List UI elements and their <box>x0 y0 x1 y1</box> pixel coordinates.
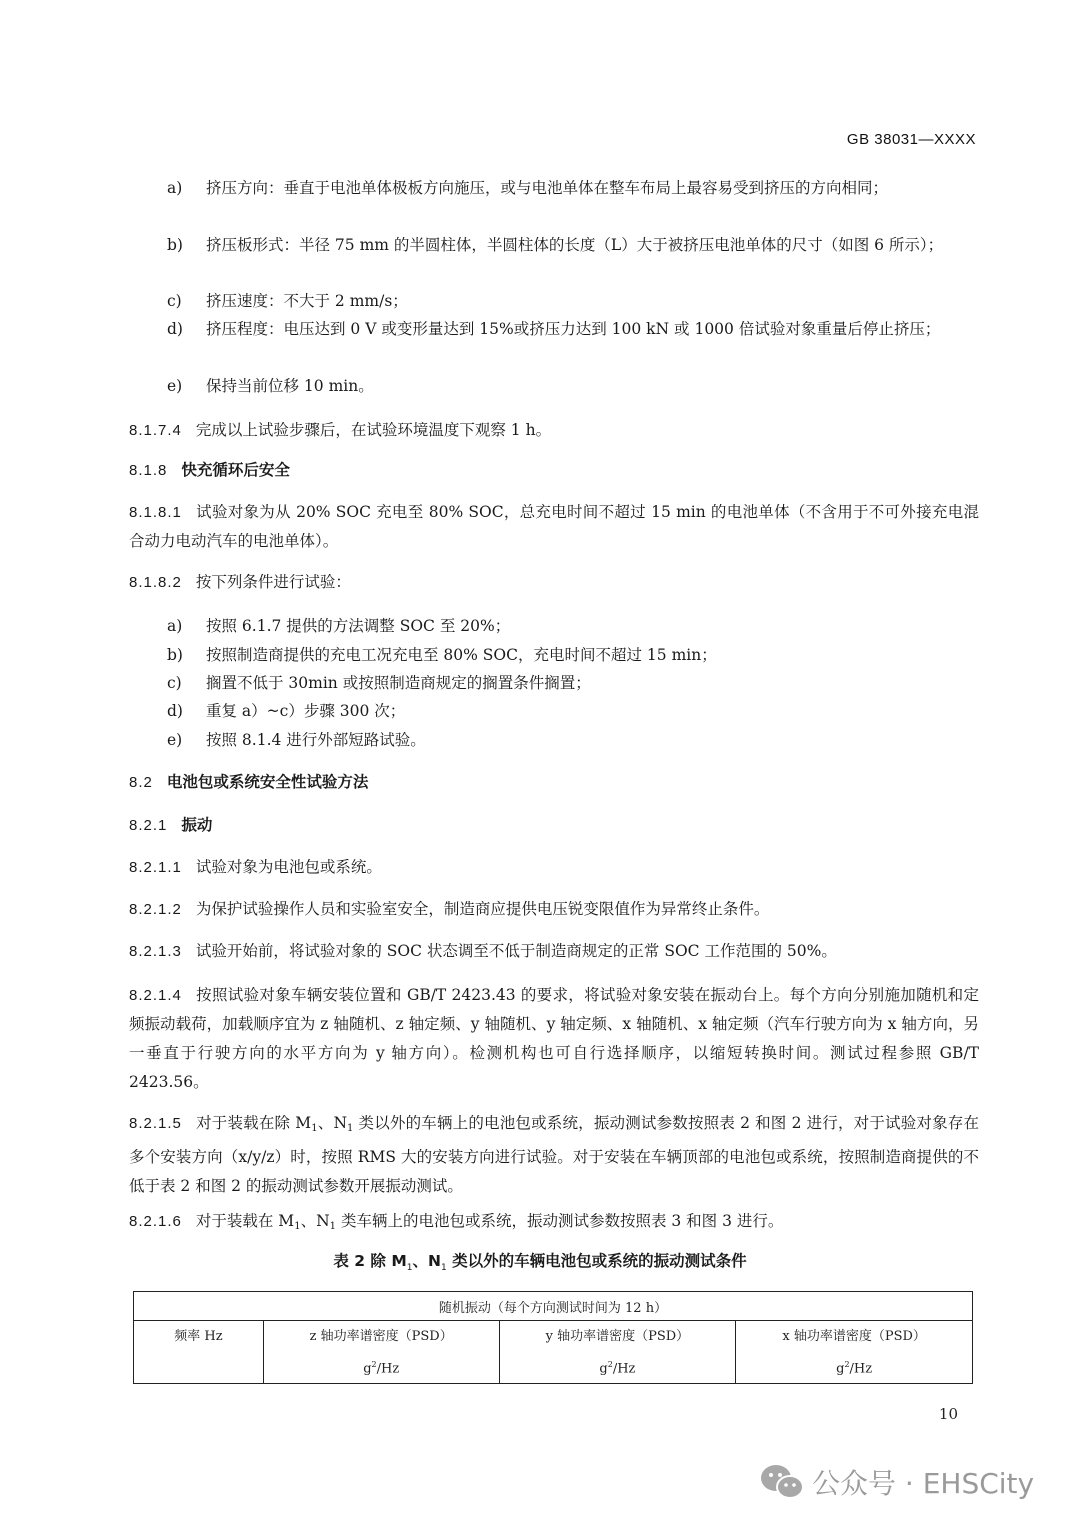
clause-number: 8.1.7.4 <box>129 422 182 439</box>
clause-text: 按照试验对象车辆安装位置和 GB/T 2423.43 的要求，将试验对象安装在振… <box>129 986 979 1091</box>
watermark: 公众号 · EHSCity <box>760 1462 1034 1502</box>
clause-8-2-1-4: 8.2.1.4按照试验对象车辆安装位置和 GB/T 2423.43 的要求，将试… <box>129 981 979 1097</box>
clause-8-2-1-6: 8.2.1.6对于装载在 M1、N1 类车辆上的电池包或系统，振动测试参数按照表… <box>129 1207 979 1241</box>
clause-text: 为保护试验操作人员和实验室安全，制造商应提供电压锐变限值作为异常终止条件。 <box>196 900 770 918</box>
clause-8-2-1-3: 8.2.1.3试验开始前，将试验对象的 SOC 状态调至不低于制造商规定的正常 … <box>129 937 979 966</box>
clause-text-part: 对于装载在除 M <box>196 1114 311 1132</box>
list-marker: c) <box>167 669 182 698</box>
caption-part: 、N <box>413 1252 441 1270</box>
clause-number: 8.2.1.6 <box>129 1213 182 1230</box>
watermark-text: 公众号 · EHSCity <box>812 1462 1034 1502</box>
col-frequency: 频率 Hz <box>134 1321 264 1384</box>
section-heading-8-2-1: 8.2.1振动 <box>129 811 212 840</box>
list-item-crush-speed: c) 挤压速度：不大于 2 mm/s； <box>167 287 979 316</box>
list-marker: e) <box>167 726 182 755</box>
list-text: 挤压方向：垂直于电池单体极板方向施压，或与电池单体在整车布局上最容易受到挤压的方… <box>206 174 979 203</box>
clause-text-part: 、N <box>301 1212 330 1230</box>
standard-code-header: GB 38031—XXXX <box>847 131 976 148</box>
list-text: 按照 6.1.7 提供的方法调整 SOC 至 20%； <box>206 612 979 641</box>
list-marker: a) <box>167 612 182 641</box>
col-y-psd: y 轴功率谱密度（PSD） g2/Hz <box>499 1321 736 1384</box>
list-marker: d) <box>167 315 183 344</box>
column-label: x 轴功率谱密度（PSD） <box>736 1323 972 1351</box>
clause-text: 按下列条件进行试验： <box>196 573 351 591</box>
list-text: 重复 a）~c）步骤 300 次； <box>206 697 979 726</box>
document-page: GB 38031—XXXX a) 挤压方向：垂直于电池单体极板方向施压，或与电池… <box>0 0 1080 1527</box>
page-number: 10 <box>939 1405 958 1423</box>
clause-8-1-8-2: 8.1.8.2按下列条件进行试验： <box>129 568 979 597</box>
section-number: 8.1.8 <box>129 462 167 479</box>
list-marker: e) <box>167 372 182 401</box>
wechat-icon <box>760 1463 804 1501</box>
list-marker: a) <box>167 174 182 203</box>
clause-number: 8.1.8.1 <box>129 504 182 521</box>
column-unit: g2/Hz <box>736 1351 972 1383</box>
clause-8-1-8-1: 8.1.8.1试验对象为从 20% SOC 充电至 80% SOC，总充电时间不… <box>129 498 979 556</box>
list-item-crush-degree: d) 挤压程度：电压达到 0 V 或变形量达到 15%或挤压力达到 100 kN… <box>167 315 979 344</box>
col-z-psd: z 轴功率谱密度（PSD） g2/Hz <box>263 1321 499 1384</box>
clause-text-part: 类车辆上的电池包或系统，振动测试参数按照表 3 和图 3 进行。 <box>336 1212 783 1230</box>
list-item-short-circuit: e) 按照 8.1.4 进行外部短路试验。 <box>167 726 979 755</box>
table-span-header-row: 随机振动（每个方向测试时间为 12 h） <box>134 1292 973 1321</box>
clause-8-2-1-1: 8.2.1.1试验对象为电池包或系统。 <box>129 853 979 882</box>
section-title: 快充循环后安全 <box>181 461 290 479</box>
clause-number: 8.2.1.5 <box>129 1115 182 1132</box>
clause-text: 试验开始前，将试验对象的 SOC 状态调至不低于制造商规定的正常 SOC 工作范… <box>196 942 837 960</box>
list-item-crush-hold: e) 保持当前位移 10 min。 <box>167 372 979 401</box>
list-item-crush-plate: b) 挤压板形式：半径 75 mm 的半圆柱体，半圆柱体的长度（L）大于被挤压电… <box>167 231 979 260</box>
list-marker: b) <box>167 641 183 670</box>
section-title: 振动 <box>181 816 212 834</box>
list-text: 挤压程度：电压达到 0 V 或变形量达到 15%或挤压力达到 100 kN 或 … <box>206 315 979 344</box>
vibration-test-table: 随机振动（每个方向测试时间为 12 h） 频率 Hz z 轴功率谱密度（PSD）… <box>133 1291 973 1384</box>
clause-8-2-1-5: 8.2.1.5对于装载在除 M1、N1 类以外的车辆上的电池包或系统，振动测试参… <box>129 1109 979 1201</box>
clause-8-2-1-2: 8.2.1.2为保护试验操作人员和实验室安全，制造商应提供电压锐变限值作为异常终… <box>129 895 979 924</box>
caption-part: 类以外的车辆电池包或系统的振动测试条件 <box>447 1252 747 1270</box>
column-unit: g2/Hz <box>500 1351 736 1383</box>
section-number: 8.2.1 <box>129 817 167 834</box>
section-number: 8.2 <box>129 774 153 791</box>
clause-text-part: 对于装载在 M <box>196 1212 294 1230</box>
list-item-rest: c) 搁置不低于 30min 或按照制造商规定的搁置条件搁置； <box>167 669 979 698</box>
clause-text: 试验对象为电池包或系统。 <box>196 858 382 876</box>
list-text: 按照制造商提供的充电工况充电至 80% SOC，充电时间不超过 15 min； <box>206 641 979 670</box>
caption-part: 表 2 除 M <box>333 1252 406 1270</box>
list-item-adjust-soc: a) 按照 6.1.7 提供的方法调整 SOC 至 20%； <box>167 612 979 641</box>
clause-number: 8.1.8.2 <box>129 574 182 591</box>
column-label: 频率 Hz <box>134 1323 263 1351</box>
section-heading-8-2: 8.2电池包或系统安全性试验方法 <box>129 768 368 797</box>
list-text: 搁置不低于 30min 或按照制造商规定的搁置条件搁置； <box>206 669 979 698</box>
section-heading-8-1-8: 8.1.8快充循环后安全 <box>129 456 290 485</box>
list-marker: b) <box>167 231 183 260</box>
clause-number: 8.2.1.4 <box>129 987 182 1004</box>
column-label: y 轴功率谱密度（PSD） <box>500 1323 736 1351</box>
clause-number: 8.2.1.1 <box>129 859 182 876</box>
list-text: 保持当前位移 10 min。 <box>206 372 979 401</box>
table-header-row: 频率 Hz z 轴功率谱密度（PSD） g2/Hz y 轴功率谱密度（PSD） … <box>134 1321 973 1384</box>
random-vibration-header: 随机振动（每个方向测试时间为 12 h） <box>134 1292 973 1321</box>
clause-number: 8.2.1.2 <box>129 901 182 918</box>
column-unit: g2/Hz <box>264 1351 499 1383</box>
clause-8-1-7-4: 8.1.7.4完成以上试验步骤后，在试验环境温度下观察 1 h。 <box>129 416 979 445</box>
clause-text: 完成以上试验步骤后，在试验环境温度下观察 1 h。 <box>196 421 551 439</box>
section-title: 电池包或系统安全性试验方法 <box>167 773 369 791</box>
col-x-psd: x 轴功率谱密度（PSD） g2/Hz <box>736 1321 973 1384</box>
list-text: 按照 8.1.4 进行外部短路试验。 <box>206 726 979 755</box>
list-marker: d) <box>167 697 183 726</box>
list-item-repeat: d) 重复 a）~c）步骤 300 次； <box>167 697 979 726</box>
clause-text-part: 、N <box>318 1114 347 1132</box>
list-text: 挤压速度：不大于 2 mm/s； <box>206 287 979 316</box>
clause-number: 8.2.1.3 <box>129 943 182 960</box>
list-text: 挤压板形式：半径 75 mm 的半圆柱体，半圆柱体的长度（L）大于被挤压电池单体… <box>206 231 979 260</box>
column-label: z 轴功率谱密度（PSD） <box>264 1323 499 1351</box>
list-marker: c) <box>167 287 182 316</box>
list-item-crush-direction: a) 挤压方向：垂直于电池单体极板方向施压，或与电池单体在整车布局上最容易受到挤… <box>167 174 979 203</box>
table-caption: 表 2 除 M1、N1 类以外的车辆电池包或系统的振动测试条件 <box>0 1249 1080 1273</box>
list-item-charge: b) 按照制造商提供的充电工况充电至 80% SOC，充电时间不超过 15 mi… <box>167 641 979 670</box>
clause-text: 试验对象为从 20% SOC 充电至 80% SOC，总充电时间不超过 15 m… <box>129 503 979 550</box>
